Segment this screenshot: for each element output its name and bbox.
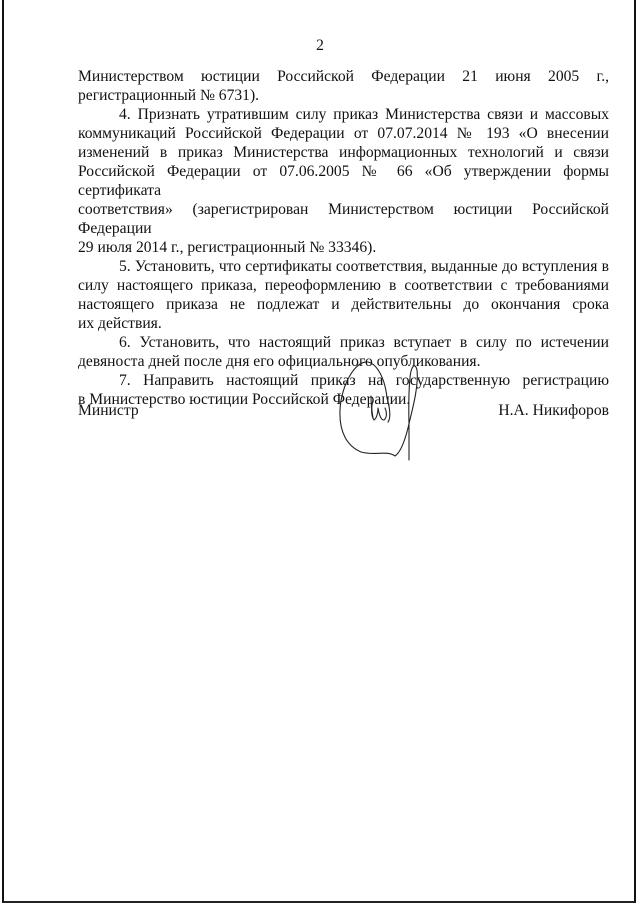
text-line: 6. Установить, что настоящий приказ всту… — [78, 333, 609, 352]
text-line: изменений в приказ Министерства информац… — [78, 143, 609, 162]
text-line: их действия. — [78, 314, 609, 333]
text-line: соответствия» (зарегистрирован Министерс… — [78, 200, 609, 238]
text-line: 4. Признать утратившим силу приказ Минис… — [78, 105, 609, 124]
text-line: настоящего приказа не подлежат и действи… — [78, 295, 609, 314]
page-number: 2 — [0, 36, 640, 55]
handwritten-signature-icon — [335, 358, 435, 463]
text-line: Российской Федерации от 07.06.2005 № 66 … — [78, 162, 609, 200]
signatory-name: Н.А. Никифоров — [498, 401, 609, 420]
item-4-paragraph: 4. Признать утратившим силу приказ Минис… — [78, 105, 609, 257]
text-line: регистрационный № 6731). — [78, 86, 609, 105]
text-line: силу настоящего приказа, переоформлению … — [78, 276, 609, 295]
text-line: коммуникаций Российской Федерации от 07.… — [78, 124, 609, 143]
signatory-title: Министр — [78, 401, 139, 420]
text-line: 29 июля 2014 г., регистрационный № 33346… — [78, 238, 609, 257]
item-5-paragraph: 5. Установить, что сертификаты соответст… — [78, 257, 609, 333]
continuation-paragraph: Министерством юстиции Российской Федерац… — [78, 67, 609, 105]
text-line: Министерством юстиции Российской Федерац… — [78, 67, 609, 86]
text-line: 5. Установить, что сертификаты соответст… — [78, 257, 609, 276]
